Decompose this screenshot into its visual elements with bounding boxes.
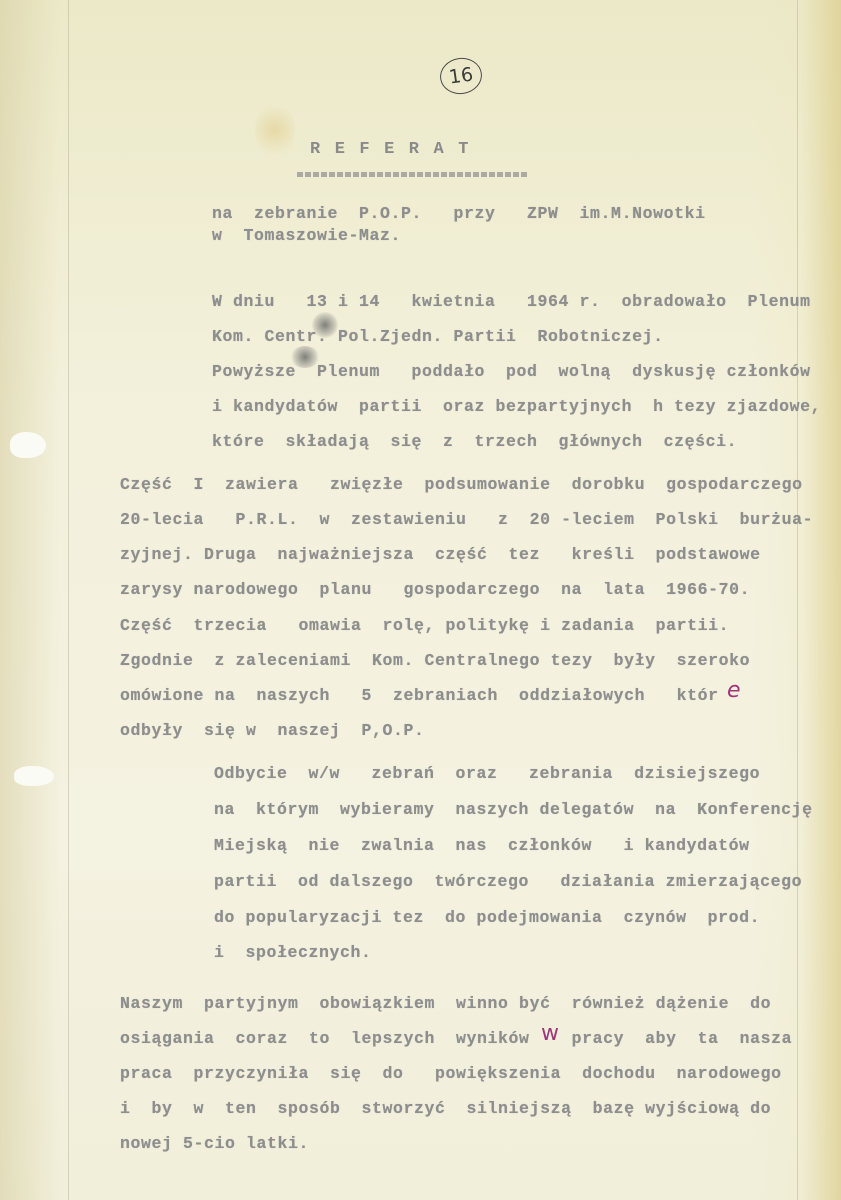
header-line: na zebranie P.O.P. przy ZPW im.M.Nowotki — [212, 204, 706, 223]
text-line: i by w ten sposób stworzyć silniejszą ba… — [120, 1099, 771, 1118]
paper-fold-line — [797, 0, 798, 1200]
handwritten-insertion-mark: w — [541, 1021, 559, 1046]
text-line: Odbycie w/w zebrań oraz zebrania dzisiej… — [214, 764, 760, 783]
text-line: omówione na naszych 5 zebraniach oddział… — [120, 686, 719, 705]
title-underline — [297, 172, 527, 177]
ink-smudge — [290, 346, 320, 368]
text-line: Naszym partyjnym obowiązkiem winno być r… — [120, 994, 771, 1013]
text-line: na którym wybieramy naszych delegatów na… — [214, 800, 813, 819]
text-line: nowej 5-cio latki. — [120, 1134, 309, 1153]
paper-stain — [255, 100, 295, 160]
paper-fold-line — [68, 0, 69, 1200]
text-line: praca przyczyniła się do powiększenia do… — [120, 1064, 782, 1083]
document-title: REFERAT — [310, 140, 483, 159]
text-line: Kom. Centr. Pol.Zjedn. Partii Robotnicze… — [212, 327, 664, 346]
text-line: i kandydatów partii oraz bezpartyjnych h… — [212, 397, 821, 416]
punch-hole — [10, 432, 46, 458]
text-line: które składają się z trzech głównych czę… — [212, 432, 737, 451]
document-page: 16 REFERAT na zebranie P.O.P. przy ZPW i… — [0, 0, 841, 1200]
text-line: zyjnej. Druga najważniejsza część tez kr… — [120, 545, 761, 564]
text-line: zarysy narodowego planu gospodarczego na… — [120, 580, 750, 599]
punch-hole — [14, 766, 54, 786]
text-line: Część I zawiera zwięzłe podsumowanie dor… — [120, 475, 803, 494]
text-line: odbyły się w naszej P,O.P. — [120, 721, 425, 740]
text-line: W dniu 13 i 14 kwietnia 1964 r. obradowa… — [212, 292, 811, 311]
text-line: 20-lecia P.R.L. w zestawieniu z 20 -leci… — [120, 510, 813, 529]
text-line: i społecznych. — [214, 943, 372, 962]
handwritten-correction: e — [727, 678, 741, 703]
text-line: Zgodnie z zaleceniami Kom. Centralnego t… — [120, 651, 750, 670]
page-number: 16 — [438, 55, 485, 96]
text-line: Część trzecia omawia rolę, politykę i za… — [120, 616, 729, 635]
text-line: do popularyzacji tez do podejmowania czy… — [214, 908, 760, 927]
ink-smudge — [312, 312, 338, 338]
text-line: partii od dalszego twórczego działania z… — [214, 872, 802, 891]
text-line: osiągania coraz to lepszych wyników prac… — [120, 1029, 792, 1048]
text-line: Miejską nie zwalnia nas członków i kandy… — [214, 836, 750, 855]
header-line: w Tomaszowie-Maz. — [212, 226, 401, 245]
